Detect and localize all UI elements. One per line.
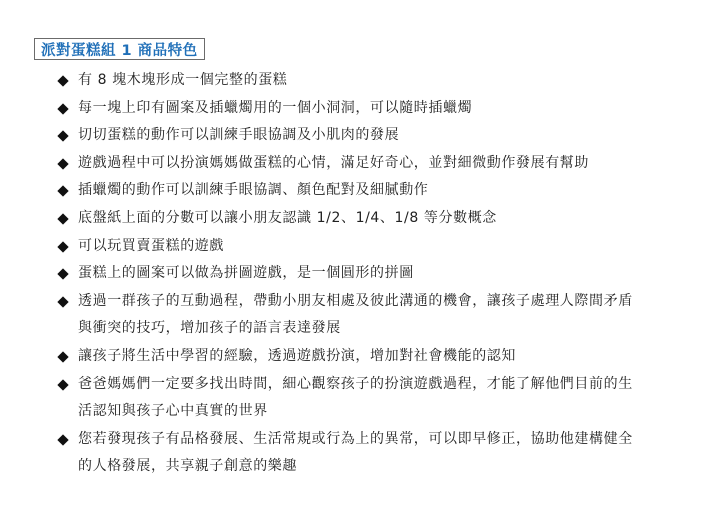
section-title: 派對蛋糕組 1 商品特色: [41, 39, 198, 60]
diamond-bullet-icon: [58, 186, 68, 196]
feature-text: 插蠟燭的動作可以訓練手眼協調、顏色配對及細膩動作: [78, 177, 676, 205]
feature-line: 與衝突的技巧，增加孩子的語言表達發展: [78, 315, 676, 343]
feature-item: 蛋糕上的圖案可以做為拼圖遊戲，是一個圓形的拼圖: [56, 260, 676, 288]
feature-text: 讓孩子將生活中學習的經驗，透過遊戲扮演，增加對社會機能的認知: [78, 343, 676, 371]
feature-line: 有 8 塊木塊形成一個完整的蛋糕: [78, 67, 676, 95]
feature-line: 您若發現孩子有品格發展、生活常規或行為上的異常，可以即早修正，協助他建構健全: [78, 426, 676, 454]
feature-line: 每一塊上印有圖案及插蠟燭用的一個小洞洞，可以隨時插蠟燭: [78, 95, 676, 123]
feature-line: 讓孩子將生活中學習的經驗，透過遊戲扮演，增加對社會機能的認知: [78, 343, 676, 371]
feature-item: 可以玩買賣蛋糕的遊戲: [56, 233, 676, 261]
feature-line: 底盤紙上面的分數可以讓小朋友認識 1/2、1/4、1/8 等分數概念: [78, 205, 676, 233]
feature-item: 底盤紙上面的分數可以讓小朋友認識 1/2、1/4、1/8 等分數概念: [56, 205, 676, 233]
feature-line: 爸爸媽媽們一定要多找出時間，細心觀察孩子的扮演遊戲過程，才能了解他們目前的生: [78, 371, 676, 399]
feature-line: 可以玩買賣蛋糕的遊戲: [78, 233, 676, 261]
feature-text: 底盤紙上面的分數可以讓小朋友認識 1/2、1/4、1/8 等分數概念: [78, 205, 676, 233]
diamond-bullet-icon: [58, 104, 68, 114]
diamond-bullet-icon: [58, 76, 68, 86]
feature-list: 有 8 塊木塊形成一個完整的蛋糕 每一塊上印有圖案及插蠟燭用的一個小洞洞，可以隨…: [56, 67, 676, 481]
feature-item: 每一塊上印有圖案及插蠟燭用的一個小洞洞，可以隨時插蠟燭: [56, 95, 676, 123]
feature-item: 有 8 塊木塊形成一個完整的蛋糕: [56, 67, 676, 95]
diamond-bullet-icon: [58, 159, 68, 169]
diamond-bullet-icon: [58, 352, 68, 362]
feature-text: 您若發現孩子有品格發展、生活常規或行為上的異常，可以即早修正，協助他建構健全 的…: [78, 426, 676, 481]
section-title-box: 派對蛋糕組 1 商品特色: [34, 38, 205, 60]
feature-line: 透過一群孩子的互動過程，帶動小朋友相處及彼此溝通的機會，讓孩子處理人際間矛盾: [78, 288, 676, 316]
feature-text: 蛋糕上的圖案可以做為拼圖遊戲，是一個圓形的拼圖: [78, 260, 676, 288]
feature-text: 每一塊上印有圖案及插蠟燭用的一個小洞洞，可以隨時插蠟燭: [78, 95, 676, 123]
feature-line: 遊戲過程中可以扮演媽媽做蛋糕的心情，滿足好奇心，並對細微動作發展有幫助: [78, 150, 676, 178]
feature-text: 透過一群孩子的互動過程，帶動小朋友相處及彼此溝通的機會，讓孩子處理人際間矛盾 與…: [78, 288, 676, 343]
feature-text: 有 8 塊木塊形成一個完整的蛋糕: [78, 67, 676, 95]
diamond-bullet-icon: [58, 435, 68, 445]
feature-text: 可以玩買賣蛋糕的遊戲: [78, 233, 676, 261]
feature-item: 您若發現孩子有品格發展、生活常規或行為上的異常，可以即早修正，協助他建構健全 的…: [56, 426, 676, 481]
feature-item: 爸爸媽媽們一定要多找出時間，細心觀察孩子的扮演遊戲過程，才能了解他們目前的生 活…: [56, 371, 676, 426]
diamond-bullet-icon: [58, 380, 68, 390]
diamond-bullet-icon: [58, 214, 68, 224]
feature-line: 切切蛋糕的動作可以訓練手眼協調及小肌肉的發展: [78, 122, 676, 150]
diamond-bullet-icon: [58, 297, 68, 307]
feature-line: 插蠟燭的動作可以訓練手眼協調、顏色配對及細膩動作: [78, 177, 676, 205]
diamond-bullet-icon: [58, 242, 68, 252]
diamond-bullet-icon: [58, 269, 68, 279]
feature-line: 蛋糕上的圖案可以做為拼圖遊戲，是一個圓形的拼圖: [78, 260, 676, 288]
feature-item: 插蠟燭的動作可以訓練手眼協調、顏色配對及細膩動作: [56, 177, 676, 205]
feature-text: 切切蛋糕的動作可以訓練手眼協調及小肌肉的發展: [78, 122, 676, 150]
feature-line: 的人格發展，共享親子創意的樂趣: [78, 453, 676, 481]
feature-item: 讓孩子將生活中學習的經驗，透過遊戲扮演，增加對社會機能的認知: [56, 343, 676, 371]
feature-line: 活認知與孩子心中真實的世界: [78, 398, 676, 426]
feature-text: 爸爸媽媽們一定要多找出時間，細心觀察孩子的扮演遊戲過程，才能了解他們目前的生 活…: [78, 371, 676, 426]
feature-text: 遊戲過程中可以扮演媽媽做蛋糕的心情，滿足好奇心，並對細微動作發展有幫助: [78, 150, 676, 178]
feature-item: 透過一群孩子的互動過程，帶動小朋友相處及彼此溝通的機會，讓孩子處理人際間矛盾 與…: [56, 288, 676, 343]
diamond-bullet-icon: [58, 131, 68, 141]
feature-item: 切切蛋糕的動作可以訓練手眼協調及小肌肉的發展: [56, 122, 676, 150]
feature-item: 遊戲過程中可以扮演媽媽做蛋糕的心情，滿足好奇心，並對細微動作發展有幫助: [56, 150, 676, 178]
